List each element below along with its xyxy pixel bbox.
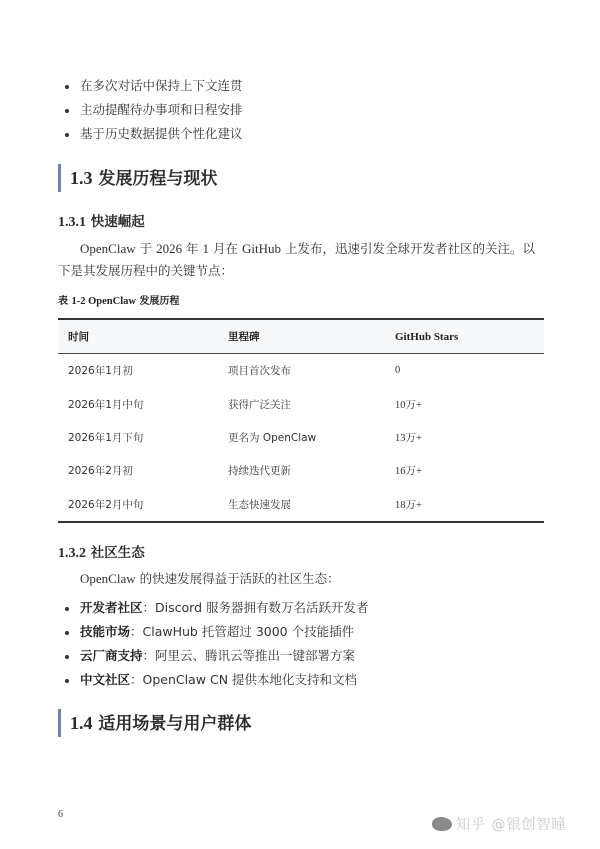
section-heading-1-3: 1.3 发展历程与现状	[58, 164, 217, 192]
column-header-milestone: 里程碑	[218, 319, 385, 354]
milestone-table: 时间 里程碑 GitHub Stars 2026年1月初 项目首次发布 0 20…	[58, 318, 544, 523]
list-item: 技能市场：ClawHub 托管超过 3000 个技能插件	[62, 620, 369, 644]
intro-paragraph: OpenClaw 于 2026 年 1 月在 GitHub 上发布，迅速引发全球…	[58, 238, 544, 282]
page-number: 6	[58, 809, 63, 820]
bullet-icon	[65, 85, 69, 89]
table-caption: 表 1-2 OpenClaw 发展历程	[58, 292, 179, 307]
column-header-time: 时间	[58, 319, 218, 354]
table-row: 2026年1月初 项目首次发布 0	[58, 354, 544, 388]
intro-bullet-list: 在多次对话中保持上下文连贯 主动提醒待办事项和日程安排 基于历史数据提供个性化建…	[62, 74, 243, 146]
column-header-stars: GitHub Stars	[385, 319, 544, 354]
table-row: 2026年2月中旬 生态快速发展 18万+	[58, 488, 544, 522]
list-item: 基于历史数据提供个性化建议	[62, 122, 243, 146]
section-heading-1-4: 1.4 适用场景与用户群体	[58, 709, 251, 737]
list-item: 中文社区：OpenClaw CN 提供本地化支持和文档	[62, 668, 369, 692]
community-paragraph: OpenClaw 的快速发展得益于活跃的社区生态：	[58, 568, 544, 590]
list-item: 云厂商支持：阿里云、腾讯云等推出一键部署方案	[62, 644, 369, 668]
bullet-icon	[65, 109, 69, 113]
subsection-heading-1-3-2: 1.3.2 社区生态	[58, 541, 145, 562]
bullet-icon	[65, 607, 69, 611]
bullet-icon	[65, 133, 69, 137]
list-item: 开发者社区：Discord 服务器拥有数万名活跃开发者	[62, 596, 369, 620]
table-header-row: 时间 里程碑 GitHub Stars	[58, 319, 544, 354]
subsection-heading-1-3-1: 1.3.1 快速崛起	[58, 210, 145, 231]
bullet-icon	[65, 655, 69, 659]
table-row: 2026年2月初 持续迭代更新 16万+	[58, 454, 544, 487]
bullet-icon	[65, 679, 69, 683]
table-row: 2026年1月下旬 更名为 OpenClaw 13万+	[58, 421, 544, 454]
zhihu-logo-icon	[432, 817, 452, 831]
bullet-icon	[65, 631, 69, 635]
table-row: 2026年1月中旬 获得广泛关注 10万+	[58, 387, 544, 420]
community-list: 开发者社区：Discord 服务器拥有数万名活跃开发者 技能市场：ClawHub…	[62, 596, 369, 692]
list-item: 主动提醒待办事项和日程安排	[62, 98, 243, 122]
watermark: 知乎 @银创智瞳	[432, 814, 566, 834]
list-item: 在多次对话中保持上下文连贯	[62, 74, 243, 98]
